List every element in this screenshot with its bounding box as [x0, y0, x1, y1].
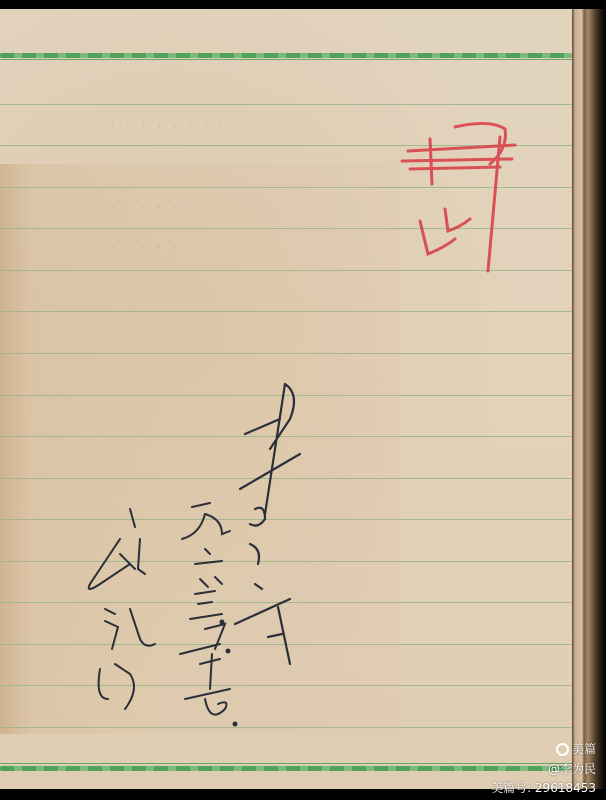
watermark-author: @李为民	[548, 760, 596, 777]
handwriting-layer	[0, 9, 572, 789]
signature-date	[180, 503, 237, 726]
watermark-id: 美篇号: 29618453	[491, 779, 596, 796]
signature-location	[89, 509, 155, 709]
meipian-logo-icon	[556, 743, 569, 756]
watermark-brand-label: 美篇	[572, 742, 596, 756]
notebook-photo: · · · · · · · · · · · · · · · · · · ·	[0, 9, 606, 789]
notebook-page: · · · · · · · · · · · · · · · · · · ·	[0, 9, 572, 789]
signature-name	[235, 384, 300, 664]
watermark-brand: 美篇	[556, 740, 596, 757]
red-page-number	[402, 123, 515, 271]
notebook-spine	[572, 9, 606, 789]
